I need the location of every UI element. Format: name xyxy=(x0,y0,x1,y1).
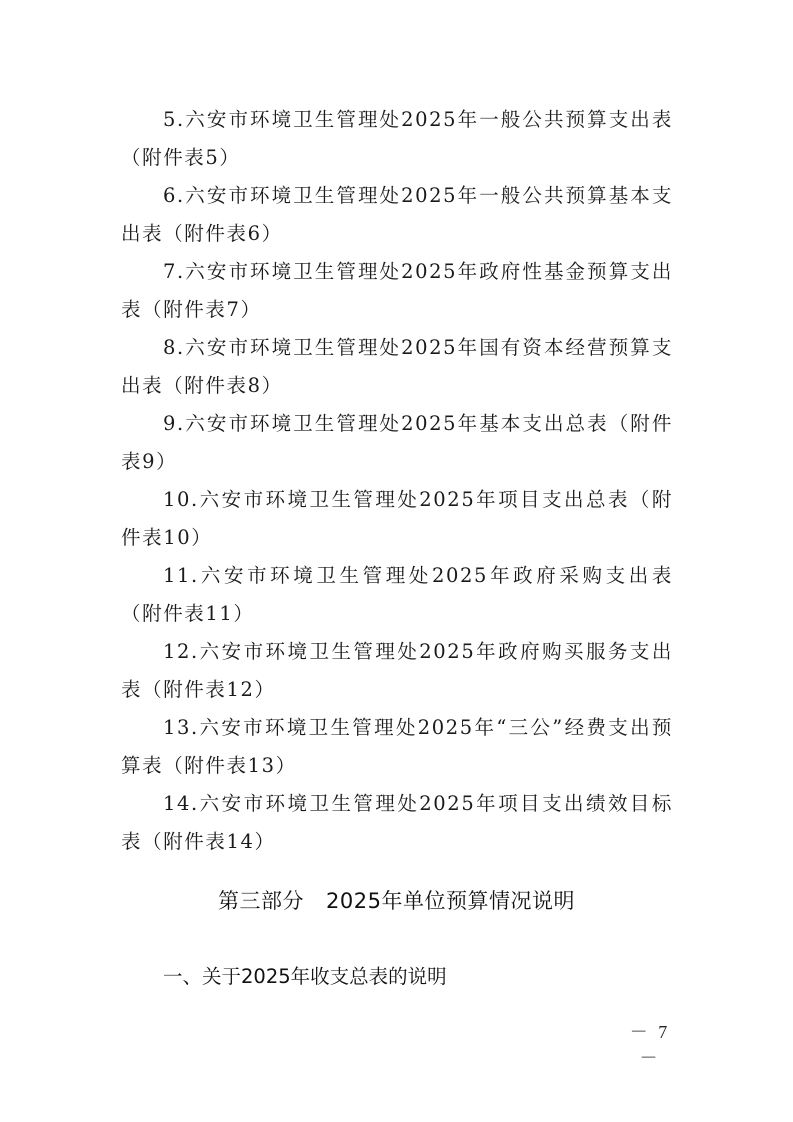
section-part-label: 第三部分 xyxy=(218,889,304,913)
list-item: 7.六安市环境卫生管理处2025年政府性基金预算支出表（附件表7） xyxy=(121,253,673,329)
section-heading: 第三部分2025年单位预算情况说明 xyxy=(0,884,793,918)
list-item: 9.六安市环境卫生管理处2025年基本支出总表（附件表9） xyxy=(121,405,673,481)
list-item: 5.六安市环境卫生管理处2025年一般公共预算支出表（附件表5） xyxy=(121,101,673,177)
list-item: 6.六安市环境卫生管理处2025年一般公共预算基本支出表（附件表6） xyxy=(121,177,673,253)
list-item: 8.六安市环境卫生管理处2025年国有资本经营预算支出表（附件表8） xyxy=(121,329,673,405)
list-item: 13.六安市环境卫生管理处2025年“三公”经费支出预算表（附件表13） xyxy=(121,709,673,785)
subsection-heading: 一、关于2025年收支总表的说明 xyxy=(163,960,447,994)
list-item: 12.六安市环境卫生管理处2025年政府购买服务支出表（附件表12） xyxy=(121,633,673,709)
attachment-list: 5.六安市环境卫生管理处2025年一般公共预算支出表（附件表5） 6.六安市环境… xyxy=(121,101,673,861)
list-item: 11.六安市环境卫生管理处2025年政府采购支出表（附件表11） xyxy=(121,557,673,633)
document-page: 5.六安市环境卫生管理处2025年一般公共预算支出表（附件表5） 6.六安市环境… xyxy=(0,0,793,1122)
list-item: 10.六安市环境卫生管理处2025年项目支出总表（附件表10） xyxy=(121,481,673,557)
list-item: 14.六安市环境卫生管理处2025年项目支出绩效目标表（附件表14） xyxy=(121,785,673,861)
page-number: － 7 － xyxy=(620,1018,680,1070)
section-title-text: 2025年单位预算情况说明 xyxy=(326,889,575,913)
